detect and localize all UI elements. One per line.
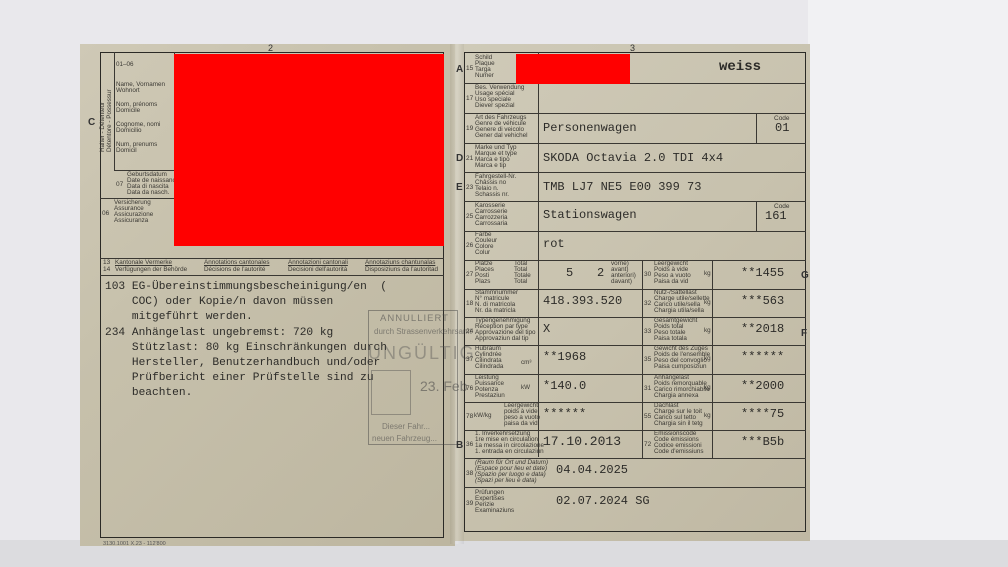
roof-load-num: 55 [644,413,651,420]
empty-weight-label-rm: Paisa da vid [654,279,688,286]
code-box-divider [756,201,757,231]
first-reg-label-rm: 1. entrada en circulaziun [475,449,544,456]
row-divider [464,487,806,488]
emission-code-value: ***B5b [741,435,784,449]
seats-label-rm: Plazs [475,279,490,286]
annot-num-13: 13 [103,259,110,266]
place-date-num: 38 [466,470,473,477]
remark-line: COC) oder Kopie/n davon müssen [105,295,445,310]
inspections-value: 02.07.2024 SG [556,494,650,508]
annot-it-13: Annotazioni cantonali [288,259,348,266]
power-weight-num: 78 [466,413,473,420]
annot-it-14: Decisioni dell'autorità [288,266,347,273]
payload-num: 32 [644,300,651,307]
train-weight-num: 35 [644,356,651,363]
trailer-load-value: **2000 [741,379,784,393]
seats-num: 27 [466,271,473,278]
color-label-rm: Colur [475,250,490,257]
power-value: *140.0 [543,379,586,393]
type-approval-num: 24 [466,328,473,335]
stamp-line-2: durch Strassenverkehrsamt [374,327,472,336]
birth-date-label-rm: Data da nasch. [127,190,169,197]
redacted-holder-info [174,54,444,246]
power-weight-value: ****** [543,407,586,421]
row-divider [464,201,806,202]
vehicle-type-num: 19 [466,125,473,132]
body-value: Stationswagen [543,208,637,222]
page-fold [450,44,464,544]
vin-label-rm: Schassis nr. [475,192,509,199]
right-val-divider [712,260,713,458]
power-unit: kW [521,385,530,392]
row-divider [464,231,806,232]
roof-load-value: ****75 [741,407,784,421]
holder-vline-1 [114,52,115,170]
special-use-label-rm: Diever spezial [475,103,515,110]
side-letter-b: B [456,440,463,451]
remark-line: 103 EG-Übereinstimmungsbescheinigung/en … [105,280,445,295]
body-code: 161 [765,209,787,223]
total-weight-value: **2018 [741,322,784,336]
mid-col-divider [642,260,643,458]
payload-value: ***563 [741,294,784,308]
row-divider [464,374,806,375]
annot-de-13: Kantonale Vermerke [115,259,172,266]
vehicle-type-label-rm: Gener dal vehichel [475,133,528,140]
trailer-load-label-rm: Chargia annexa [654,393,698,400]
type-approval-label-rm: Approvaziun dal tip [475,336,529,343]
trailer-load-unit: kg [704,385,711,392]
vertical-label-holder: Halter - Détenteur [99,102,106,152]
empty-weight-num: 30 [644,271,651,278]
body-num: 25 [466,213,473,220]
power-weight-label-rm: paisa da vid [504,421,538,428]
seats-total-label: Total [514,279,527,286]
annot-fr-14: Décisions de l'autorité [204,266,265,273]
annot-de-14: Verfügungen der Behörde [115,266,187,273]
payload-unit: kg [704,300,711,307]
holder-label-residence-fr: Domicile [116,108,140,115]
annot-rm-13: Annotaziuns chantunalas [365,259,435,266]
base-number-label-rm: Nr. da matricla [475,308,516,315]
insurance-num: 06 [102,210,109,217]
inspections-label-rm: Examinaziuns [475,508,514,515]
vertical-label-holder-2: Détentore - Possessur [106,89,113,152]
train-weight-label-rm: Paisa cumposiziun [654,364,707,371]
row-divider [464,345,806,346]
side-letter-a: A [456,64,463,75]
train-weight-unit: kg [704,356,711,363]
plate-color: weiss [719,59,761,75]
holder-field-code: 01–06 [116,62,134,69]
first-registration-num: 36 [466,441,473,448]
displacement-num: 37 [466,356,473,363]
total-weight-num: 33 [644,328,651,335]
color-value: rot [543,237,565,251]
displacement-value: **1968 [543,350,586,364]
code-box-divider [756,113,757,143]
coat-of-arms-icon [371,370,411,415]
side-letter-f: F [801,328,807,339]
side-letter-e: E [456,182,463,193]
inspections-num: 39 [466,500,473,507]
special-use-num: 17 [466,95,473,102]
roof-load-label-rm: Chargia sin il tetg [654,421,703,428]
stamp-line-5: neuen Fahrzeug... [372,434,437,443]
background-right [808,0,1008,567]
vehicle-type-value: Personenwagen [543,121,637,135]
seats-front-value: 2 [597,266,604,280]
base-number-value: 418.393.520 [543,294,622,308]
side-letter-c: C [88,117,95,128]
place-date-label-rm: (Spazi per lieu e data) [475,478,537,485]
total-weight-unit: kg [704,328,711,335]
side-letter-g: G [801,270,809,281]
body-label-rm: Carrossaria [475,221,508,228]
vehicle-type-code: 01 [775,121,789,135]
birth-date-num: 07 [116,181,123,188]
annot-num-14: 14 [103,266,110,273]
holder-label-residence-it: Domicilio [116,128,142,135]
annot-fr-13: Annotations cantonales [204,259,269,266]
power-num: 76 [466,385,473,392]
make-model-label-rm: Marca e tip [475,163,506,170]
stamp-line-1: ANNULLIERT [380,313,449,324]
side-letter-d: D [456,153,463,164]
make-model-num: 21 [466,155,473,162]
seats-front-label: davant) [611,279,632,286]
power-weight-unit-label: kW/kg [474,413,492,420]
print-code: 3130.1001 X.23 - 112'800 [103,541,166,547]
vin-value: TMB LJ7 NE5 E00 399 73 [543,180,701,194]
plate-num: 15 [466,65,473,72]
empty-weight-value: **1455 [741,266,784,280]
color-num: 26 [466,242,473,249]
annot-hline-2 [100,275,444,276]
total-weight-label-rm: Paisa totala [654,336,687,343]
displacement-label-rm: Cilindrada [475,364,503,371]
seats-total-value: 5 [566,266,573,280]
place-date-value: 04.04.2025 [556,463,628,477]
insurance-label-rm: Assicuranza [114,218,148,225]
displacement-unit: cm³ [521,360,532,367]
stamp-line-3: UNGÜLTIG [368,343,476,364]
stamp-date: 23. Feb [420,378,467,394]
type-approval-value: X [543,322,550,336]
holder-label-residence-rm: Domicil [116,148,137,155]
holder-label-residence-de: Wohnort [116,88,140,95]
empty-weight-unit: kg [704,271,711,278]
emission-code-num: 72 [644,441,651,448]
train-weight-value: ****** [741,350,784,364]
first-registration-value: 17.10.2013 [543,434,621,449]
vin-num: 23 [466,184,473,191]
stamp-line-4: Dieser Fahr... [382,422,430,431]
annot-rm-14: Disposiziuns da l'autoritad [365,266,438,273]
redacted-plate-number [516,54,630,84]
trailer-load-num: 31 [644,385,651,392]
plate-label-rm: Numer [475,73,494,80]
base-number-num: 18 [466,300,473,307]
power-label-rm: Prestaziun [475,393,505,400]
make-model-value: SKODA Octavia 2.0 TDI 4x4 [543,151,723,165]
emission-label-rm: Code d'emissiuns [654,449,704,456]
payload-label-rm: Chargia utila/sella [654,308,704,315]
roof-load-unit: kg [704,413,711,420]
